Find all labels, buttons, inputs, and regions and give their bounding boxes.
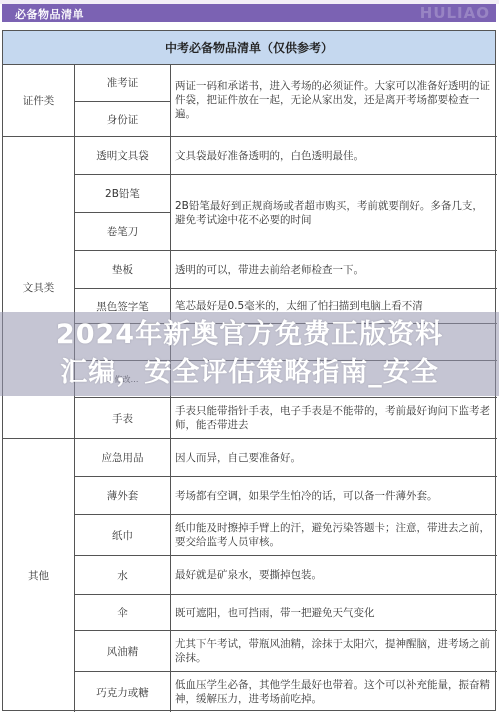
desc-tissues: 纸巾能及时擦掉手臂上的汗，避免污染答题卡；注意，带进去之前，要交给监考人员审核。 [171, 515, 497, 556]
desc-water: 最好就是矿泉水，要撕掉包装。 [171, 556, 497, 595]
item-pencil-sharpener: 卷笔刀 [75, 213, 171, 251]
headline-line-2: 汇编，安全评估策略指南_安全 [60, 354, 439, 392]
item-id-card: 身份证 [75, 102, 171, 137]
desc-2b-pencil: 2B铅笔最好到正规商场或者超市购买，考前就要削好。多备几支，避免考试途中花不必要… [171, 175, 497, 251]
brand-watermark: HULIAO [420, 4, 490, 22]
item-water: 水 [75, 556, 171, 595]
category-id-docs: 证件类 [3, 64, 75, 137]
item-essential-balm: 风油精 [75, 631, 171, 672]
headline-overlay: 2024年新奥官方免费正版资料 汇编，安全评估策略指南_安全 [0, 312, 499, 396]
item-2b-pencil: 2B铅笔 [75, 175, 171, 213]
item-watch: 手表 [75, 398, 171, 439]
desc-writing-board: 透明的可以，带进去前给老师检查一下。 [171, 251, 497, 289]
desc-id-docs: 两证一码和承诺书，进入考场的必须证件。大家可以准备好透明的证件袋，把证件放在一起… [171, 64, 497, 137]
category-other: 其他 [3, 439, 75, 712]
item-admission-ticket: 准考证 [75, 64, 171, 102]
item-emergency-supplies: 应急用品 [75, 439, 171, 477]
item-umbrella: 伞 [75, 595, 171, 631]
desc-clear-pencil-case: 文具袋最好准备透明的，白色透明最佳。 [171, 137, 497, 175]
table-title: 中考必备物品清单（仅供参考） [3, 31, 495, 65]
header-banner: 必备物品清单 HULIAO [2, 4, 496, 22]
headline-line-1: 2024年新奥官方免费正版资料 [56, 316, 443, 354]
desc-chocolate-candy: 低血压学生必备，其他学生最好也带着。这个可以补充能量，振奋精神，缓解压力，进考场… [171, 672, 497, 712]
item-writing-board: 垫板 [75, 251, 171, 289]
item-light-jacket: 薄外套 [75, 477, 171, 515]
desc-emergency-supplies: 因人而异，自己要准备好。 [171, 439, 497, 477]
item-chocolate-candy: 巧克力或糖 [75, 672, 171, 712]
desc-watch: 手表只能带指针手表，电子手表是不能带的，考前最好询问下监考老师，能否带进去 [171, 398, 497, 439]
banner-title: 必备物品清单 [15, 6, 84, 22]
desc-umbrella: 既可遮阳，也可挡雨，带一把避免天气变化 [171, 595, 497, 631]
item-clear-pencil-case: 透明文具袋 [75, 137, 171, 175]
desc-essential-balm: 尤其下午考试，带瓶风油精，涂抹于太阳穴，提神醒脑，进考场之前涂抹。 [171, 631, 497, 672]
desc-light-jacket: 考场都有空调，如果学生怕冷的话，可以备一件薄外套。 [171, 477, 497, 515]
item-tissues: 纸巾 [75, 515, 171, 556]
